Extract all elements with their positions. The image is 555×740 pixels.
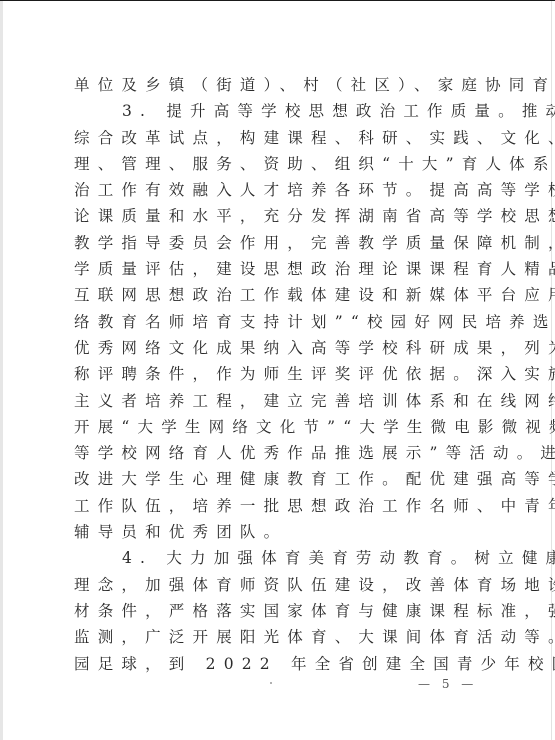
text-line-17: 工作队伍，培养一批思想政治工作名师、中青年骨干、优秀: [74, 493, 494, 519]
text-line-5: 治工作有效融入人才培养各环节。提高高等学校思想政治理: [74, 177, 494, 203]
section-3-heading-line: 3. 提升高等学校思想政治工作质量。推动“三全育人”: [74, 98, 494, 124]
left-scroll-edge: [0, 1, 3, 740]
text-line-7: 教学指导委员会作用，完善教学质量保障机制，强化课堂教: [74, 230, 494, 256]
scan-speck: [270, 682, 272, 684]
text-line-3: 综合改革试点，构建课程、科研、实践、文化、网络、心: [74, 125, 494, 151]
text-line-10: 络教育名师培育支持计划”“校园好网民培养选树计划”。将: [74, 309, 494, 335]
text-line-6: 论课质量和水平，充分发挥湖南省高等学校思想政治理论课: [74, 203, 494, 229]
text-line-1: 单位及乡镇（街道）、村（社区）、家庭协同育人。: [74, 72, 494, 98]
page-number: — 5 —: [418, 677, 477, 691]
text-line-4: 理、管理、服务、资助、组织“十大”育人体系，将思想政: [74, 151, 494, 177]
text-line-16: 改进大学生心理健康教育工作。配优建强高等学校思想政治: [74, 466, 494, 492]
text-line-18: 辅导员和优秀团队。: [74, 519, 494, 545]
text-line-14: 开展“大学生网络文化节”“大学生微电影微视频大赛”“高: [74, 414, 494, 440]
text-line-13: 主义者培养工程，建立完善培训体系和在线网络教育平台，: [74, 388, 494, 414]
text-line-21: 材条件，严格落实国家体育与健康课程标准，强化学生体质: [74, 598, 494, 624]
text-line-8: 学质量评估，建设思想政治理论课课程育人精品项目。加强: [74, 256, 494, 282]
text-line-11: 优秀网络文化成果纳入高等学校科研成果，列为教师职务职: [74, 335, 494, 361]
text-line-12: 称评聘条件，作为师生评奖评优依据。深入实施青年马克思: [74, 361, 494, 387]
top-border: [0, 0, 555, 1]
section-4-heading-line: 4. 大力加强体育美育劳动教育。树立健康第一的教育: [74, 545, 494, 571]
document-body: 单位及乡镇（街道）、村（社区）、家庭协同育人。 3. 提升高等学校思想政治工作质…: [74, 72, 494, 677]
text-line-22: 监测，广泛开展阳光体育、大课间体育活动等。大力发展校: [74, 624, 494, 650]
text-line-9: 互联网思想政治工作载体建设和新媒体平台应用，实施“网: [74, 282, 494, 308]
text-line-20: 理念，加强体育师资队伍建设，改善体育场地设施设备和器: [74, 572, 494, 598]
text-line-23: 园足球，到 2022 年全省创建全国青少年校园足球特色学校: [74, 651, 494, 677]
text-line-15: 等学校网络育人优秀作品推选展示”等活动。进一步加强和: [74, 440, 494, 466]
